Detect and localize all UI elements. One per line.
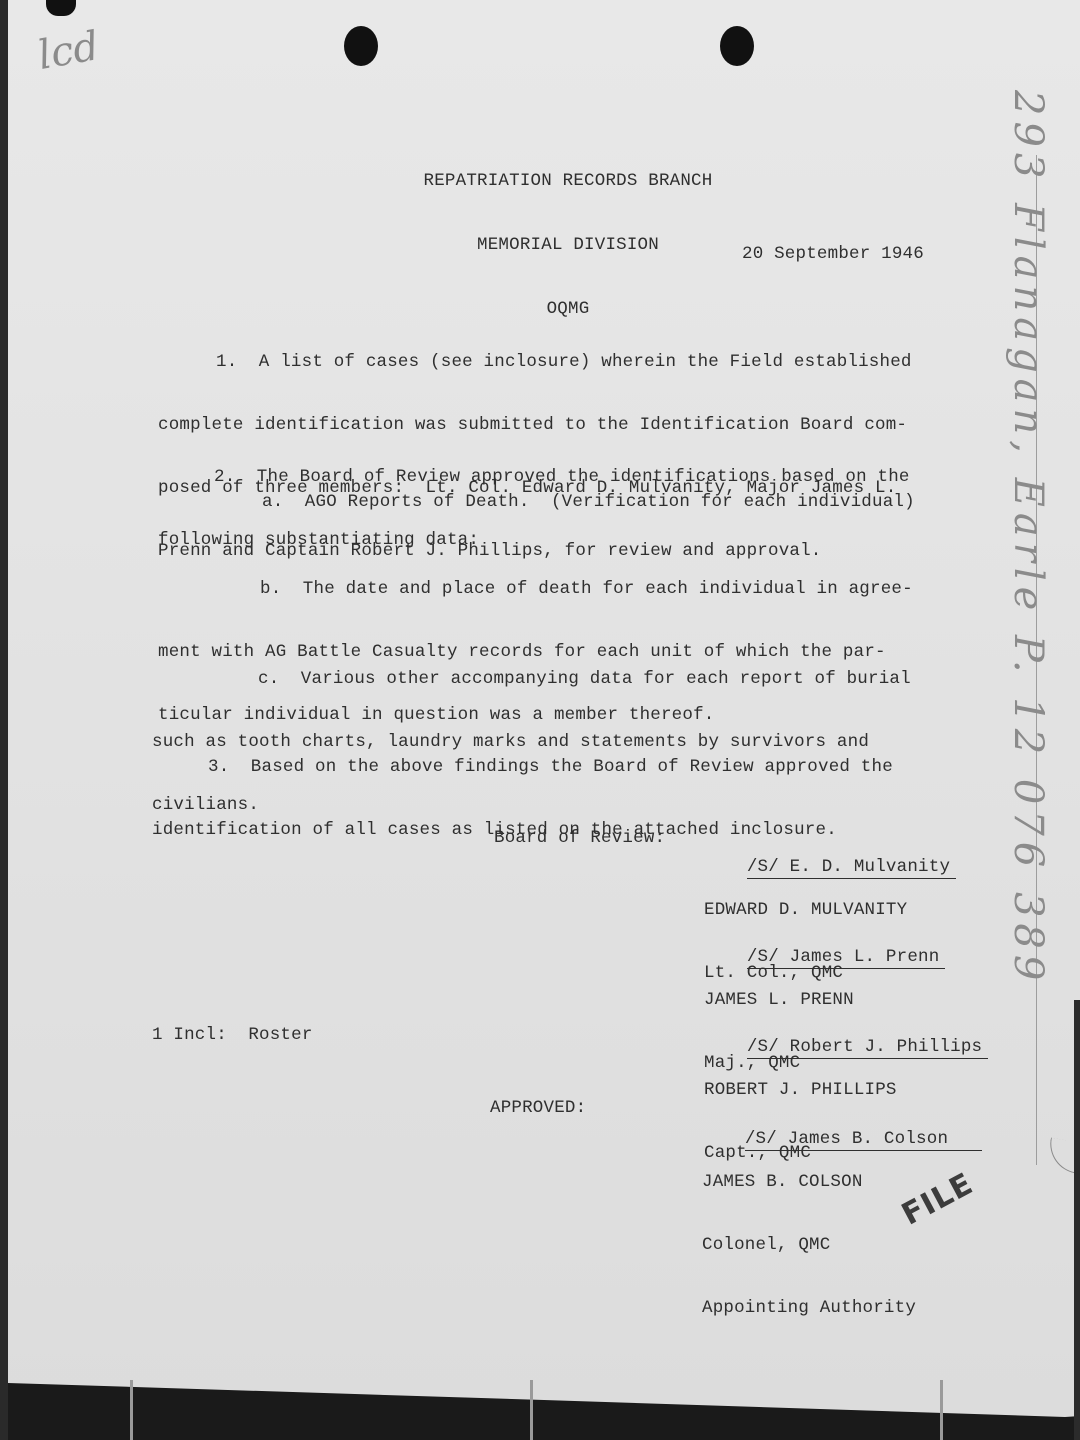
inclosure-note: 1 Incl: Roster bbox=[152, 1025, 313, 1046]
letterhead-division: MEMORIAL DIVISION bbox=[388, 234, 748, 256]
punch-hole-right bbox=[720, 26, 754, 66]
punch-hole-left bbox=[344, 26, 378, 66]
signature-block-colson: /S/ James B. Colson JAMES B. COLSON Colo… bbox=[702, 1108, 982, 1361]
floor-divider bbox=[130, 1380, 133, 1440]
document-page: lcd REPATRIATION RECORDS BRANCH MEMORIAL… bbox=[8, 0, 1080, 1440]
scan-right-edge bbox=[1074, 1000, 1080, 1440]
floor-divider bbox=[530, 1380, 533, 1440]
paragraph-2a: a. AGO Reports of Death. (Verification f… bbox=[262, 492, 915, 513]
handwritten-initials: lcd bbox=[34, 23, 102, 79]
scan-left-edge bbox=[0, 0, 8, 1440]
document-date: 20 September 1946 bbox=[742, 244, 924, 265]
letterhead-branch: REPATRIATION RECORDS BRANCH bbox=[388, 170, 748, 192]
board-of-review-label: Board of Review: bbox=[494, 828, 665, 849]
approved-label: APPROVED: bbox=[490, 1098, 586, 1119]
handwritten-margin-note: 293 Flanagan, Earle P. 12 076 389 bbox=[1005, 90, 1051, 986]
corner-mark bbox=[46, 0, 76, 16]
floor-divider bbox=[940, 1380, 943, 1440]
